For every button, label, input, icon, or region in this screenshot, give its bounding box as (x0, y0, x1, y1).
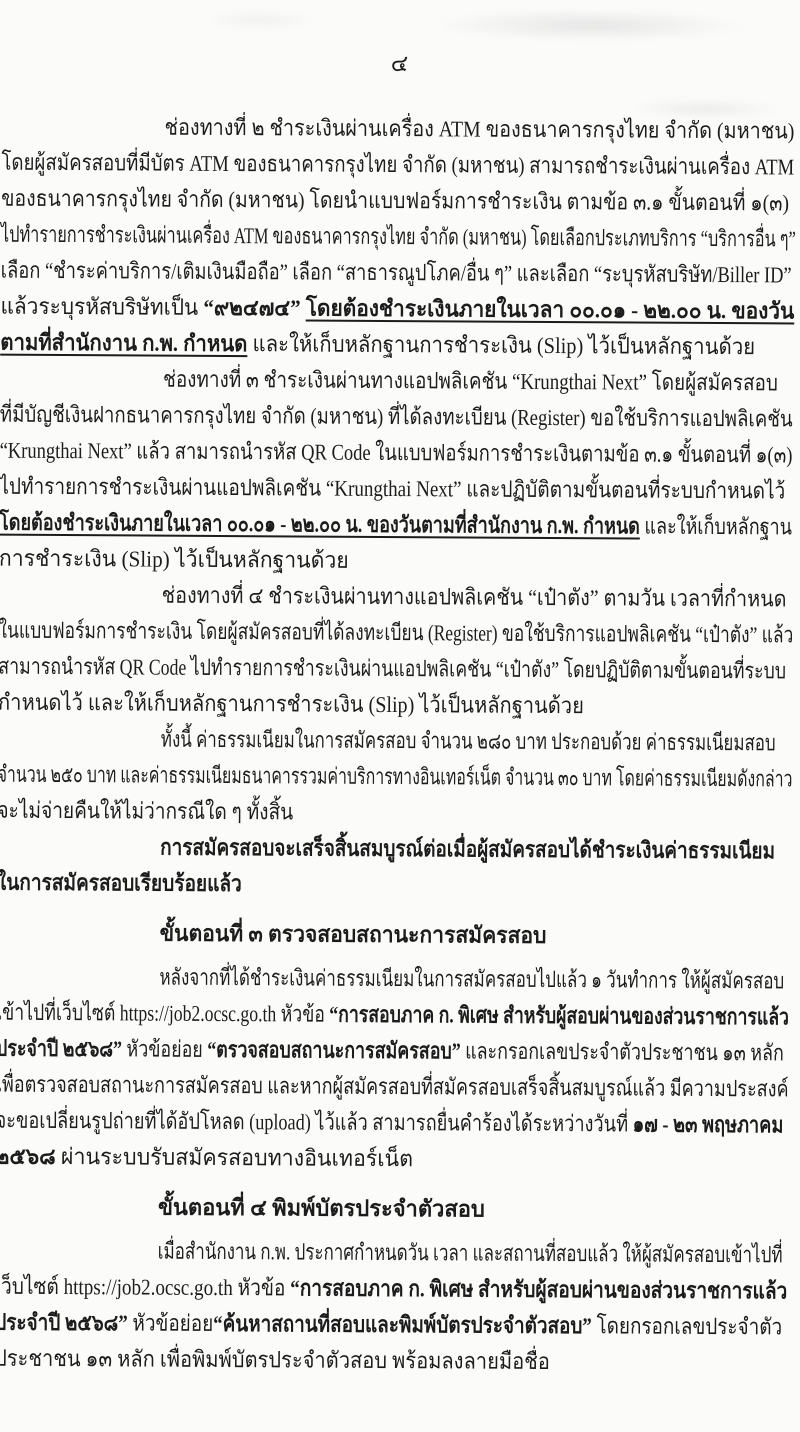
underlined-text: โดยต้องชำระเงินภายในเวลา ๐๐.๐๑ - ๒๒.๐๐ น… (306, 296, 795, 324)
document-line: ช่องทางที่ ๓ ชำระเงินผ่านทางแอปพลิเคชัน … (0, 362, 796, 403)
document-line: ไปทำรายการชำระเงินผ่านแอปพลิเคชัน “Krung… (0, 470, 795, 511)
document-line: จะขอเปลี่ยนรูปถ่ายที่ได้อัปโหลด (upload)… (0, 1104, 792, 1145)
document-line: เมื่อสำนักงาน ก.พ. ประกาศกำหนดวัน เวลา แ… (0, 1234, 791, 1275)
bold-text: ขั้นตอนที่ ๓ ตรวจสอบสถานะการสมัครสอบ (160, 921, 547, 948)
text-run: ช่องทางที่ ๒ ชำระเงินผ่านเครื่อง ATM ของ… (165, 115, 795, 144)
section-header-step-3: ขั้นตอนที่ ๓ ตรวจสอบสถานะการสมัครสอบ (0, 916, 793, 957)
bold-text: ในการสมัครสอบเรียบร้อยแล้ว (0, 870, 242, 896)
text-run: หลังจากที่ได้ชำระเงินค่าธรรมเนียมในการสม… (159, 965, 784, 994)
text-run: และกรอกเลขประจำตัวประชาชน ๑๓ หลัก (461, 1038, 784, 1065)
text-run: สามารถนำรหัส QR Code ไปทำรายการชำระเงินผ… (0, 654, 786, 684)
text-run: เลือก “ชำระค่าบริการ/เติมเงินมือถือ” เลื… (1, 258, 792, 288)
text-run: ที่มีบัญชีเงินฝากธนาคารกรุงไทย จำกัด (มห… (0, 402, 793, 432)
text-run: โดยผู้สมัครสอบที่มีบัตร ATM ของธนาคารกรุ… (1, 150, 794, 180)
bold-text: ประจำปี ๒๕๖๘” (0, 1310, 128, 1336)
scan-smudge (180, 7, 340, 34)
document-line: ของธนาคารกรุงไทย จำกัด (มหาชน) โดยนำแบบฟ… (1, 182, 797, 223)
document-line: โดยต้องชำระเงินภายในเวลา ๐๐.๐๑ - ๒๒.๐๐ น… (0, 506, 795, 547)
bold-text: “การสอบภาค ก. พิเศษ สำหรับผู้สอบผ่านของส… (290, 1275, 787, 1303)
document-line: ทั้งนี้ ค่าธรรมเนียมในการสมัครสอบ จำนวน … (0, 722, 794, 763)
underlined-text: ตามที่สำนักงาน ก.พ. กำหนด (0, 330, 247, 357)
document-line: จำนวน ๒๕๐ บาท และค่าธรรมเนียมธนาคารรวมค่… (0, 758, 794, 799)
text-run: เว็บไซต์ https://job2.ocsc.go.th หัวข้อ (0, 1274, 290, 1301)
document-line: เว็บไซต์ https://job2.ocsc.go.th หัวข้อ … (0, 1270, 791, 1311)
bold-text: “ค้นหาสถานที่สอบและพิมพ์บัตรประจำตัวสอบ” (213, 1311, 592, 1338)
text-run: ไปทำรายการชำระเงินผ่านเครื่อง ATM ของธนา… (1, 222, 796, 252)
text-run: และให้เก็บหลักฐานการชำระเงิน (Slip) ไว้เ… (247, 331, 755, 359)
bold-text: “ตรวจสอบสถานะการสมัครสอบ” (207, 1037, 461, 1064)
document-line: “Krungthai Next” แล้ว สามารถนำรหัส QR Co… (0, 434, 796, 475)
document-line: กำหนดไว้ และให้เก็บหลักฐานการชำระเงิน (S… (0, 686, 794, 727)
text-run: หัวข้อย่อย (122, 1036, 207, 1062)
document-line: เข้าไปที่เว็บไซต์ https://job2.ocsc.go.t… (0, 996, 792, 1037)
document-line: ประชาชน ๑๓ หลัก เพื่อพิมพ์บัตรประจำตัวสอ… (0, 1342, 790, 1383)
document-line: แล้วระบุรหัสบริษัทเป็น “๙๒๔๗๔” โดยต้องชำ… (0, 290, 796, 331)
bold-text: การสมัครสอบจะเสร็จสิ้นสมบูรณ์ต่อเมื่อผู้… (160, 835, 775, 864)
bold-text: ๑๗ - ๒๓ พฤษภาคม (633, 1112, 784, 1138)
bold-text: ๒๕๖๘ (0, 1144, 56, 1169)
document-line: เพื่อตรวจสอบสถานะการสมัครสอบ และหากผู้สม… (0, 1068, 792, 1109)
text-run: หัวข้อย่อย (128, 1310, 214, 1336)
text-run: ช่องทางที่ ๔ ชำระเงินผ่านทางแอปพลิเคชัน … (162, 583, 787, 612)
text-run: แล้วระบุรหัสบริษัทเป็น (0, 294, 203, 320)
text-run: เมื่อสำนักงาน ก.พ. ประกาศกำหนดวัน เวลา แ… (158, 1239, 783, 1268)
document-line: ๒๕๖๘ ผ่านระบบรับสมัครสอบทางอินเทอร์เน็ต (0, 1140, 791, 1181)
document-line: ช่องทางที่ ๒ ชำระเงินผ่านเครื่อง ATM ของ… (1, 110, 797, 151)
document-line: หลังจากที่ได้ชำระเงินค่าธรรมเนียมในการสม… (0, 960, 792, 1001)
bold-text: “การสอบภาค ก. พิเศษ สำหรับผู้สอบผ่านของส… (329, 1002, 789, 1030)
text-run: และให้เก็บหลักฐาน (640, 514, 792, 540)
text-run: โดยกรอกเลขประจำตัว (592, 1313, 782, 1339)
text-run: เพื่อตรวจสอบสถานะการสมัครสอบ และหากผู้สม… (0, 1072, 789, 1102)
document-line: ในการสมัครสอบเรียบร้อยแล้ว (0, 866, 793, 907)
text-run: การชำระเงิน (Slip) ไว้เป็นหลักฐานด้วย (0, 546, 349, 573)
bold-text: “๙๒๔๗๔” (203, 295, 300, 321)
text-run: จำนวน ๒๕๐ บาท และค่าธรรมเนียมธนาคารรวมค่… (0, 762, 793, 792)
text-run: จะขอเปลี่ยนรูปถ่ายที่ได้อัปโหลด (upload)… (0, 1108, 633, 1137)
document-line: ประจำปี ๒๕๖๘” หัวข้อย่อย “ตรวจสอบสถานะกา… (0, 1032, 792, 1073)
section-header-step-4: ขั้นตอนที่ ๔ พิมพ์บัตรประจำตัวสอบ (0, 1190, 791, 1231)
text-run: กำหนดไว้ และให้เก็บหลักฐานการชำระเงิน (S… (0, 690, 584, 719)
text-run: ทั้งนี้ ค่าธรรมเนียมในการสมัครสอบ จำนวน … (161, 727, 776, 756)
text-run: ผ่านระบบรับสมัครสอบทางอินเทอร์เน็ต (56, 1144, 414, 1171)
text-run: ในแบบฟอร์มการชำระเงิน โดยผู้สมัครสอบที่ไ… (0, 618, 793, 648)
text-run: เข้าไปที่เว็บไซต์ https://job2.ocsc.go.t… (0, 1000, 329, 1027)
document-line: ตามที่สำนักงาน ก.พ. กำหนด และให้เก็บหลัก… (0, 326, 796, 367)
document-line: ที่มีบัญชีเงินฝากธนาคารกรุงไทย จำกัด (มห… (0, 398, 796, 439)
scan-smudge (380, 2, 800, 49)
bold-text: ขั้นตอนที่ ๔ พิมพ์บัตรประจำตัวสอบ (158, 1195, 485, 1222)
document-line: ในแบบฟอร์มการชำระเงิน โดยผู้สมัครสอบที่ไ… (0, 614, 795, 655)
underlined-text: โดยต้องชำระเงินภายในเวลา ๐๐.๐๑ - ๒๒.๐๐ น… (0, 510, 640, 539)
text-run: ของธนาคารกรุงไทย จำกัด (มหาชน) โดยนำแบบฟ… (1, 186, 789, 216)
text-run: ไปทำรายการชำระเงินผ่านแอปพลิเคชัน “Krung… (0, 474, 785, 504)
text-run: “Krungthai Next” แล้ว สามารถนำรหัส QR Co… (0, 438, 793, 468)
document-line: โดยผู้สมัครสอบที่มีบัตร ATM ของธนาคารกรุ… (1, 146, 797, 187)
document-line: ช่องทางที่ ๔ ชำระเงินผ่านทางแอปพลิเคชัน … (0, 578, 795, 619)
document-line: เลือก “ชำระค่าบริการ/เติมเงินมือถือ” เลื… (1, 254, 797, 295)
document-page: ๔ ช่องทางที่ ๒ ชำระเงินผ่านเครื่อง ATM ข… (0, 0, 800, 1432)
text-run: จะไม่จ่ายคืนให้ไม่ว่ากรณีใด ๆ ทั้งสิ้น (0, 798, 293, 825)
document-line: ไปทำรายการชำระเงินผ่านเครื่อง ATM ของธนา… (1, 218, 797, 259)
page-number: ๔ (0, 44, 800, 85)
document-body: ช่องทางที่ ๒ ชำระเงินผ่านเครื่อง ATM ของ… (0, 110, 798, 1383)
bold-text: ประจำปี ๒๕๖๘” (0, 1036, 122, 1062)
document-line: จะไม่จ่ายคืนให้ไม่ว่ากรณีใด ๆ ทั้งสิ้น (0, 794, 794, 835)
document-line: ประจำปี ๒๕๖๘” หัวข้อย่อย“ค้นหาสถานที่สอบ… (0, 1306, 790, 1347)
document-line: การชำระเงิน (Slip) ไว้เป็นหลักฐานด้วย (0, 542, 795, 583)
text-run: ประชาชน ๑๓ หลัก เพื่อพิมพ์บัตรประจำตัวสอ… (0, 1346, 550, 1374)
text-run: ช่องทางที่ ๓ ชำระเงินผ่านทางแอปพลิเคชัน … (163, 367, 778, 396)
document-line: การสมัครสอบจะเสร็จสิ้นสมบูรณ์ต่อเมื่อผู้… (0, 830, 793, 871)
document-line: สามารถนำรหัส QR Code ไปทำรายการชำระเงินผ… (0, 650, 794, 691)
